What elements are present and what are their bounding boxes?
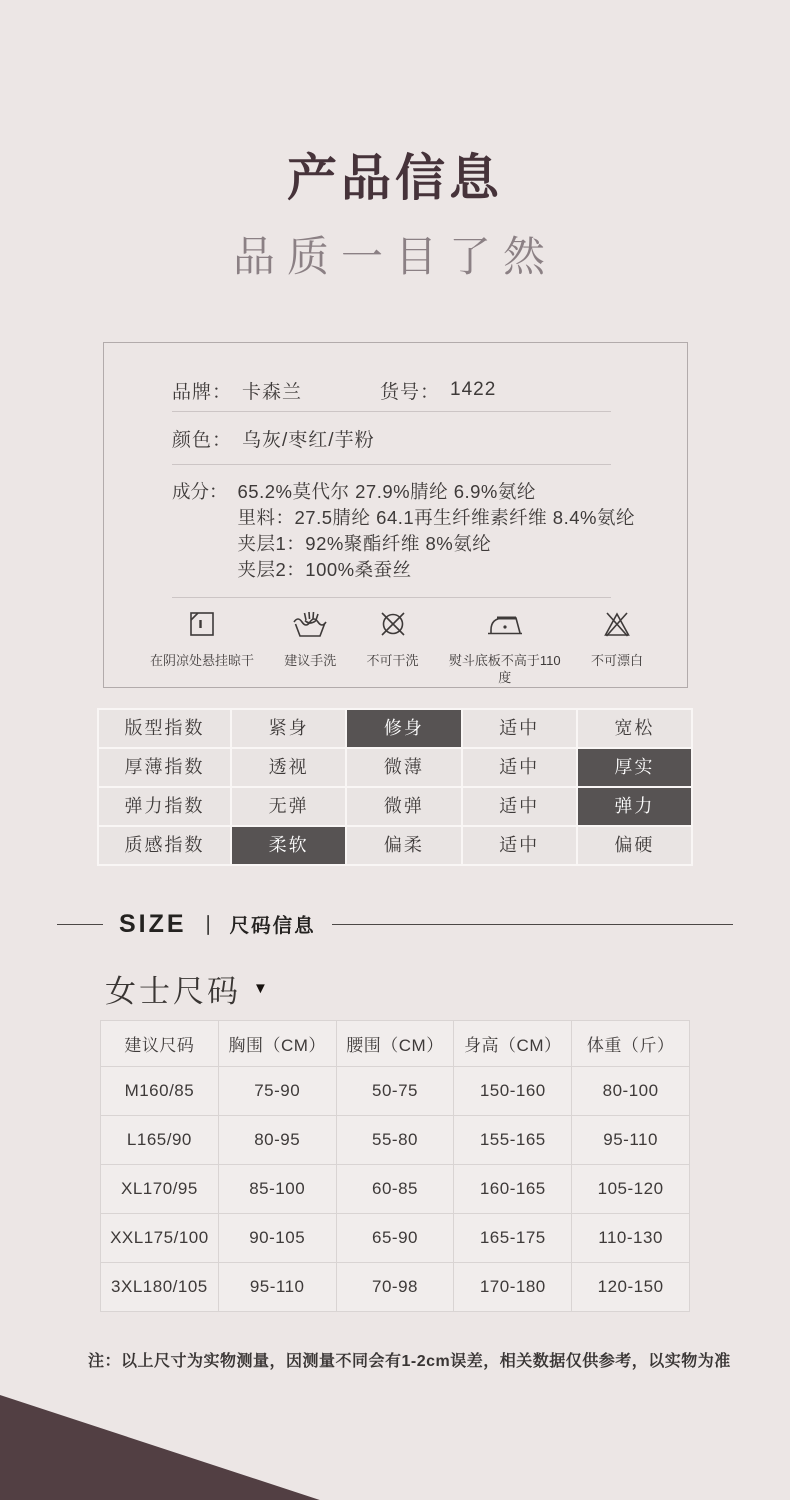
- care-item: 熨斗底板不高于110度: [449, 608, 561, 686]
- brand-row: 品牌： 卡森兰 货号： 1422: [172, 369, 647, 411]
- size-cell: 60-85: [336, 1165, 454, 1214]
- size-cell: 105-120: [572, 1165, 690, 1214]
- women-size-group-title: 女士尺码 ▼: [105, 966, 271, 1011]
- index-option: 偏硬: [578, 827, 691, 864]
- size-col-header: 身高（CM）: [454, 1021, 572, 1067]
- index-option: 适中: [463, 710, 576, 747]
- care-instructions: 在阴凉处悬挂晾干 建议手洗 不可干洗: [150, 608, 647, 686]
- size-table-row: L165/90 80-95 55-80 155-165 95-110: [101, 1116, 690, 1165]
- index-option: 适中: [463, 827, 576, 864]
- size-cell: 110-130: [572, 1214, 690, 1263]
- color-label: 颜色：: [172, 425, 232, 452]
- composition-line: 夹层1：92%聚酯纤维 8%氨纶: [238, 531, 635, 557]
- size-cell: M160/85: [101, 1067, 219, 1116]
- item-no-label: 货号：: [380, 377, 440, 404]
- care-item: 建议手洗: [284, 608, 336, 669]
- index-option: 适中: [463, 788, 576, 825]
- corner-triangle-decoration: [0, 1390, 330, 1500]
- size-cell: 120-150: [572, 1263, 690, 1312]
- product-detail-page: 产品信息 品质一目了然 品牌： 卡森兰 货号： 1422 颜色： 乌灰/枣红/芋…: [0, 0, 790, 1500]
- index-row-label: 弹力指数: [99, 788, 230, 825]
- composition-label: 成分：: [172, 479, 228, 583]
- care-label: 在阴凉处悬挂晾干: [150, 652, 254, 669]
- item-no-value: 1422: [450, 379, 496, 401]
- index-option: 修身: [347, 710, 460, 747]
- color-value: 乌灰/枣红/芋粉: [242, 425, 375, 452]
- care-label: 建议手洗: [284, 652, 336, 669]
- size-heading-cn: 尺码信息: [230, 910, 316, 938]
- size-cell: 155-165: [454, 1116, 572, 1165]
- care-label: 熨斗底板不高于110度: [449, 652, 561, 686]
- size-cell: 3XL180/105: [101, 1263, 219, 1312]
- index-option: 微弹: [347, 788, 460, 825]
- index-option: 偏柔: [347, 827, 460, 864]
- measurement-note: 注：以上尺寸为实物测量，因测量不同会有1-2cm误差，相关数据仅供参考，以实物为…: [88, 1348, 748, 1371]
- size-table-row: M160/85 75-90 50-75 150-160 80-100: [101, 1067, 690, 1116]
- size-cell: 80-100: [572, 1067, 690, 1116]
- product-info-box: 品牌： 卡森兰 货号： 1422 颜色： 乌灰/枣红/芋粉 成分： 65.2%莫…: [103, 342, 688, 688]
- hand-wash-icon: [292, 608, 328, 640]
- page-subtitle: 品质一目了然: [0, 224, 790, 284]
- care-item: 不可干洗: [367, 608, 419, 669]
- hang-dry-icon: [186, 608, 218, 640]
- index-option: 弹力: [578, 788, 691, 825]
- size-cell: 50-75: [336, 1067, 454, 1116]
- size-cell: L165/90: [101, 1116, 219, 1165]
- header: 产品信息 品质一目了然: [0, 138, 790, 284]
- no-bleach-icon: [601, 608, 633, 640]
- care-label: 不可干洗: [367, 652, 419, 669]
- size-cell: 80-95: [218, 1116, 336, 1165]
- index-row-label: 质感指数: [99, 827, 230, 864]
- index-row-label: 版型指数: [99, 710, 230, 747]
- care-item: 不可漂白: [591, 608, 643, 669]
- composition-lines: 65.2%莫代尔 27.9%腈纶 6.9%氨纶 里料：27.5腈纶 64.1再生…: [238, 479, 635, 583]
- size-cell: 90-105: [218, 1214, 336, 1263]
- size-cell: XXL175/100: [101, 1214, 219, 1263]
- composition-line: 65.2%莫代尔 27.9%腈纶 6.9%氨纶: [238, 479, 635, 505]
- brand-value: 卡森兰: [242, 377, 302, 404]
- size-col-header: 腰围（CM）: [336, 1021, 454, 1067]
- index-option: 柔软: [232, 827, 345, 864]
- size-col-header: 体重（斤）: [572, 1021, 690, 1067]
- iron-max-110-icon: [486, 608, 524, 640]
- size-cell: XL170/95: [101, 1165, 219, 1214]
- index-row-label: 厚薄指数: [99, 749, 230, 786]
- size-col-header: 胸围（CM）: [218, 1021, 336, 1067]
- size-col-header: 建议尺码: [101, 1021, 219, 1067]
- divider: [172, 597, 611, 598]
- size-cell: 55-80: [336, 1116, 454, 1165]
- care-item: 在阴凉处悬挂晾干: [150, 608, 254, 669]
- size-chart-table: 建议尺码 胸围（CM） 腰围（CM） 身高（CM） 体重（斤） M160/85 …: [100, 1020, 690, 1312]
- size-cell: 160-165: [454, 1165, 572, 1214]
- page-title: 产品信息: [0, 138, 790, 210]
- color-row: 颜色： 乌灰/枣红/芋粉: [172, 412, 647, 464]
- size-cell: 65-90: [336, 1214, 454, 1263]
- index-option: 无弹: [232, 788, 345, 825]
- size-table-row: XXL175/100 90-105 65-90 165-175 110-130: [101, 1214, 690, 1263]
- brand-label: 品牌：: [172, 377, 232, 404]
- heading-rule-left: [57, 924, 103, 925]
- index-option: 透视: [232, 749, 345, 786]
- composition-line: 夹层2：100%桑蚕丝: [238, 557, 635, 583]
- index-option: 宽松: [578, 710, 691, 747]
- size-heading-separator: ｜: [199, 911, 218, 938]
- size-section-heading: SIZE ｜ 尺码信息: [57, 905, 733, 943]
- index-option: 紧身: [232, 710, 345, 747]
- composition-line: 里料：27.5腈纶 64.1再生纤维素纤维 8.4%氨纶: [238, 505, 635, 531]
- size-cell: 95-110: [572, 1116, 690, 1165]
- fit-index-table: 版型指数 紧身 修身 适中 宽松 厚薄指数 透视 微薄 适中 厚实 弹力指数 无…: [97, 708, 693, 866]
- size-cell: 150-160: [454, 1067, 572, 1116]
- size-cell: 85-100: [218, 1165, 336, 1214]
- caret-down-icon: ▼: [253, 980, 271, 997]
- no-dry-clean-icon: [377, 608, 409, 640]
- size-cell: 165-175: [454, 1214, 572, 1263]
- size-heading-en: SIZE: [119, 910, 187, 939]
- size-cell: 75-90: [218, 1067, 336, 1116]
- size-table-header-row: 建议尺码 胸围（CM） 腰围（CM） 身高（CM） 体重（斤）: [101, 1021, 690, 1067]
- care-label: 不可漂白: [591, 652, 643, 669]
- size-cell: 70-98: [336, 1263, 454, 1312]
- size-cell: 95-110: [218, 1263, 336, 1312]
- heading-rule-right: [332, 924, 733, 925]
- index-option: 微薄: [347, 749, 460, 786]
- size-table-row: 3XL180/105 95-110 70-98 170-180 120-150: [101, 1263, 690, 1312]
- size-cell: 170-180: [454, 1263, 572, 1312]
- size-table-row: XL170/95 85-100 60-85 160-165 105-120: [101, 1165, 690, 1214]
- composition-row: 成分： 65.2%莫代尔 27.9%腈纶 6.9%氨纶 里料：27.5腈纶 64…: [172, 465, 647, 597]
- index-option: 厚实: [578, 749, 691, 786]
- group-title-text: 女士尺码: [105, 966, 241, 1011]
- index-option: 适中: [463, 749, 576, 786]
